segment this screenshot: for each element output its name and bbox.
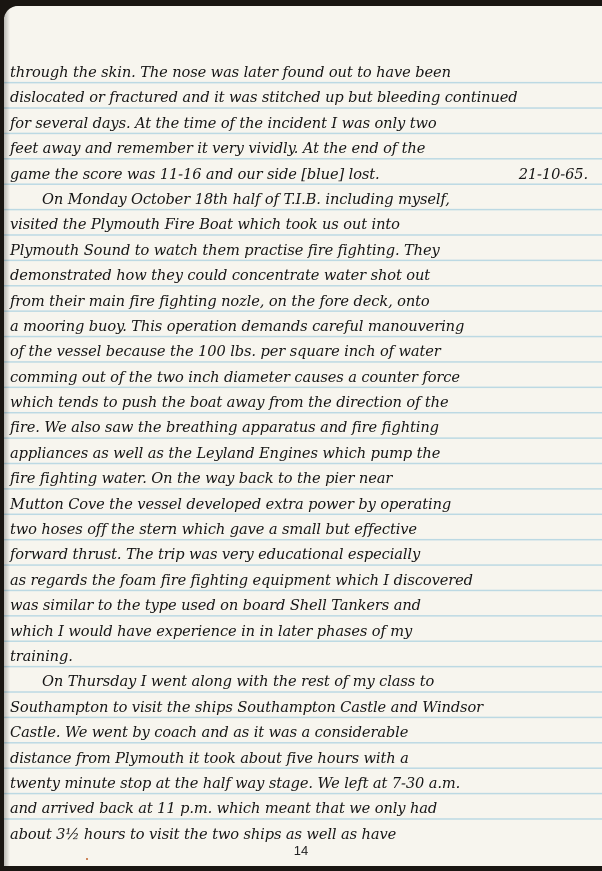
line-text: as regards the foam fire fighting equipm… — [10, 568, 473, 593]
ink-spot — [86, 858, 88, 860]
text-line: as regards the foam fire fighting equipm… — [4, 568, 602, 593]
line-text: demonstrated how they could concentrate … — [10, 263, 430, 288]
text-line: visited the Plymouth Fire Boat which too… — [4, 212, 602, 237]
text-line: from their main fire fighting nozle, on … — [4, 289, 602, 314]
line-text: visited the Plymouth Fire Boat which too… — [10, 212, 400, 237]
text-line: fire fighting water. On the way back to … — [4, 466, 602, 491]
line-text: fire. We also saw the breathing apparatu… — [10, 415, 439, 440]
line-text: was similar to the type used on board Sh… — [10, 593, 421, 618]
line-text: twenty minute stop at the half way stage… — [10, 771, 460, 796]
text-line: was similar to the type used on board Sh… — [4, 593, 602, 618]
line-text: training. — [10, 644, 73, 669]
text-line: dislocated or fractured and it was stitc… — [4, 85, 602, 110]
text-line: a mooring buoy. This operation demands c… — [4, 314, 602, 339]
line-text: Plymouth Sound to watch them practise fi… — [10, 238, 440, 263]
line-text: which I would have experience in in late… — [10, 619, 412, 644]
text-line: of the vessel because the 100 lbs. per s… — [4, 339, 602, 364]
text-line: Southampton to visit the ships Southampt… — [4, 695, 602, 720]
text-line: which tends to push the boat away from t… — [4, 390, 602, 415]
text-line: for several days. At the time of the inc… — [4, 111, 602, 136]
text-line: and arrived back at 11 p.m. which meant … — [4, 796, 602, 821]
line-text: comming out of the two inch diameter cau… — [10, 365, 460, 390]
line-text: for several days. At the time of the inc… — [10, 111, 437, 136]
line-text: from their main fire fighting nozle, on … — [10, 289, 430, 314]
line-text: two hoses off the stern which gave a sma… — [10, 517, 417, 542]
text-line: game the score was 11-16 and our side [b… — [4, 162, 602, 187]
line-text: and arrived back at 11 p.m. which meant … — [10, 796, 437, 821]
line-text: a mooring buoy. This operation demands c… — [10, 314, 464, 339]
text-line: Castle. We went by coach and as it was a… — [4, 720, 602, 745]
line-text: forward thrust. The trip was very educat… — [10, 542, 420, 567]
text-line: forward thrust. The trip was very educat… — [4, 542, 602, 567]
line-text: appliances as well as the Leyland Engine… — [10, 441, 440, 466]
line-text: Southampton to visit the ships Southampt… — [10, 695, 483, 720]
line-text: dislocated or fractured and it was stitc… — [10, 85, 518, 110]
line-text: through the skin. The nose was later fou… — [10, 60, 451, 85]
line-text: feet away and remember it very vividly. … — [10, 136, 425, 161]
notebook-page: through the skin. The nose was later fou… — [4, 6, 602, 866]
text-line: two hoses off the stern which gave a sma… — [4, 517, 602, 542]
line-text: which tends to push the boat away from t… — [10, 390, 449, 415]
line-text: distance from Plymouth it took about fiv… — [10, 746, 409, 771]
text-line: Plymouth Sound to watch them practise fi… — [4, 238, 602, 263]
text-line: fire. We also saw the breathing apparatu… — [4, 415, 602, 440]
text-line: through the skin. The nose was later fou… — [4, 60, 602, 85]
line-text: On Thursday I went along with the rest o… — [42, 669, 434, 694]
handwritten-text: through the skin. The nose was later fou… — [4, 60, 602, 847]
text-line: twenty minute stop at the half way stage… — [4, 771, 602, 796]
line-text: fire fighting water. On the way back to … — [10, 466, 392, 491]
text-line: feet away and remember it very vividly. … — [4, 136, 602, 161]
line-text: Mutton Cove the vessel developed extra p… — [10, 492, 451, 517]
text-line: distance from Plymouth it took about fiv… — [4, 746, 602, 771]
entry-date: 21-10-65. — [519, 162, 598, 187]
text-line: On Thursday I went along with the rest o… — [4, 669, 602, 694]
line-text: Castle. We went by coach and as it was a… — [10, 720, 408, 745]
text-line: demonstrated how they could concentrate … — [4, 263, 602, 288]
text-line: comming out of the two inch diameter cau… — [4, 365, 602, 390]
text-line: which I would have experience in in late… — [4, 619, 602, 644]
text-line: appliances as well as the Leyland Engine… — [4, 441, 602, 466]
line-text: game the score was 11-16 and our side [b… — [10, 162, 380, 187]
text-line: On Monday October 18th half of T.I.B. in… — [4, 187, 602, 212]
text-line: Mutton Cove the vessel developed extra p… — [4, 492, 602, 517]
text-line: training. — [4, 644, 602, 669]
page-number: 14 — [0, 843, 602, 858]
line-text: of the vessel because the 100 lbs. per s… — [10, 339, 441, 364]
line-text: On Monday October 18th half of T.I.B. in… — [42, 187, 450, 212]
